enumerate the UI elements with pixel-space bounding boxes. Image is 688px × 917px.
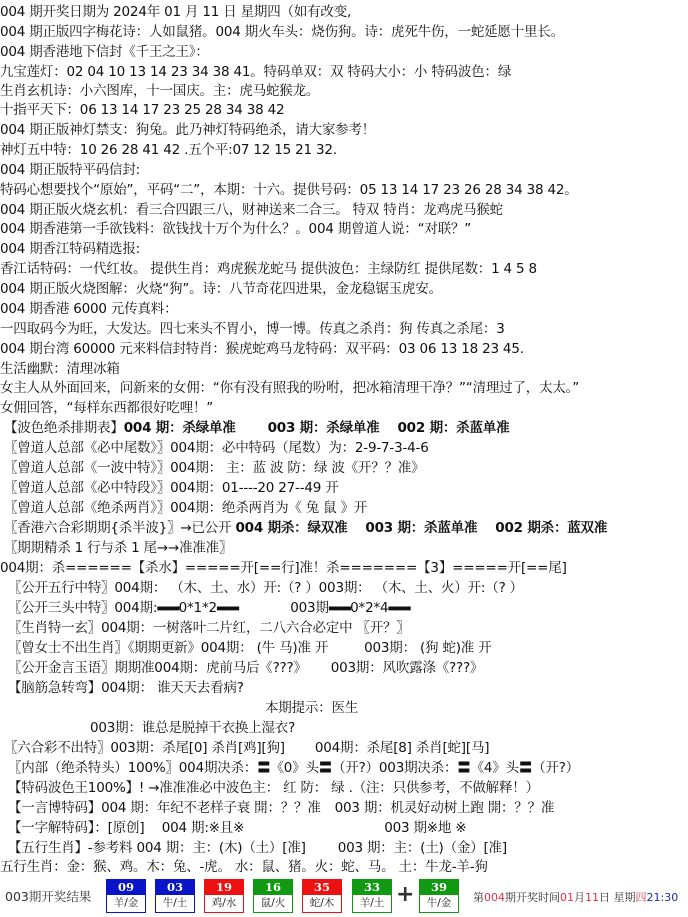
zeng-kill-line: 〖曾道人总部《绝杀两肖》〗004期：绝杀两肖为《 兔 鼠 》开: [4, 498, 367, 518]
five-zodiac-list: 五行生肖：金：猴、鸡。木：兔、-虎。 水：鼠、猪。火：蛇、马。 土：牛龙-羊-狗: [0, 857, 488, 877]
ten-fingers-line: 十指平天下：06 13 14 17 23 25 28 34 38 42: [0, 100, 284, 120]
results-label: 003期开奖结果: [5, 887, 91, 905]
next-draw-time: 第004期开奖时间01月11日 星期四21:30: [473, 889, 678, 905]
envelope-special-title: 004 期正版特平码信封:: [0, 160, 140, 180]
lamp-ban-line: 004 期正版神灯禁支：狗兔。此乃神灯特码绝杀，请大家参考！: [0, 120, 375, 140]
zeng-tail-line: 〖曾道人总部《必中尾数》〗004期：必中特码（尾数）为：2-9-7-3-4-6: [4, 438, 429, 458]
internal-kill-line: 〖内部（绝杀特头）100%〗004期决杀：〓《0》头〓（开?）003期决杀：〓《…: [8, 758, 579, 778]
one-word-line: 【一言博特码】004 期：年纪不老样子衰 開：？？准003 期：机灵好动树上跑 …: [8, 798, 554, 818]
precise-kill-title: 〖期期精杀 1 行与杀 1 尾→→准准准〗: [4, 538, 232, 558]
precise-kill-line: 004期：杀======【杀水】=====开[==行]准！杀=======【3】…: [0, 558, 567, 578]
humor-line-1: 女主人从外面回来，问新来的女佣：“你有没有照我的吩咐，把冰箱清理干净？”“清理过…: [0, 378, 579, 398]
golden-words-line: 〖公开金言玉语〗期期准004期：虎前马后《???》003期：风吹露涤《???》: [8, 658, 483, 678]
five-elements-line: 〖公开五行中特〗004期： （木、土、水）开:（? ）003期： （木、土、火）…: [8, 578, 523, 598]
humor-title: 生活幽默：清理冰箱: [0, 359, 120, 379]
fax-title: 004 期香港 6000 元传真料：: [0, 299, 177, 319]
riddle-line: 【脑筋急转弯】004期： 谁天天去看病?: [8, 678, 244, 698]
results-bar: 003期开奖结果 09 羊/金 03 牛/土 19 鸡/水 16 鼠/火 35 …: [0, 876, 688, 917]
fire-diagram-line: 004 期正版火烧图解：火烧“狗”。诗：八节奇花四进果，金龙稳锯玉虎安。: [0, 279, 442, 299]
taiwan-line: 004 期台湾 60000 元来料信封特肖：猴虎蛇鸡马龙特码：双平码：03 06…: [0, 339, 524, 359]
plum-poem-line: 004 期正版四字梅花诗：人如鼠猪。004 期火车头：烧伤狗。诗：虎死牛伤，一蛇…: [0, 22, 564, 42]
result-ball-1: 09 羊/金: [106, 879, 146, 913]
result-ball-2: 03 牛/土: [155, 879, 195, 913]
five-zodiac-line: 【五行生肖】-参考料 004 期：主：(木)（土）[准]003 期：主：(土)（…: [8, 838, 507, 858]
result-ball-6: 33 羊/土: [352, 879, 392, 913]
humor-line-2: 女佣回答，“每样东西都很好吃哩！”: [0, 398, 213, 418]
riddle-003: 003期：谁总是脱掉干衣换上湿衣?: [90, 718, 295, 738]
result-ball-4: 16 鼠/火: [253, 879, 293, 913]
result-ball-3: 19 鸡/水: [204, 879, 244, 913]
no-special-line: 〖六合彩不出特〗003期：杀尾[0] 杀肖[鸡][狗]004期：杀尾[8] 杀肖…: [4, 738, 489, 758]
zodiac-mystery-line: 〖生肖特一玄〗004期：一树落叶二片红，二八六合必定中 〖开？〗: [8, 618, 410, 638]
one-char-line: 【一字解特码】：[原创] 004 期:※且※003 期※地 ※: [8, 818, 466, 838]
zeng-segment-line: 〖曾道人总部《必中特段》〗004期：01----20 27--49 开: [4, 478, 339, 498]
xiangjiang-title: 004 期香江特码精选报:: [0, 239, 140, 259]
special-ball: 39 牛/金: [419, 879, 459, 913]
wave-king-line: 【特码波色王100%】! →准准准必中波色主： 红 防： 绿 .（注：只供参考，…: [8, 778, 539, 798]
draw-date-line: 004 期开奖日期为 2024年 01 月 11 日 星期四（如有改变,: [0, 2, 351, 22]
special-hint-line: 特码心想要找个“原始”，平码“二”，本期：十六。提供号码：05 13 14 17…: [0, 180, 578, 200]
lamp-five-line: 神灯五中特：10 26 28 41 42 .五个平:07 12 15 21 32…: [0, 140, 337, 160]
first-hand-line: 004 期香港第一手欲钱料：欲钱找十万个为什么？。004 期曾道人说：“对联？”: [0, 219, 471, 239]
riddle-hint: 本期提示：医生: [265, 698, 358, 718]
wave-kill-schedule: 【波色绝杀排期表】004 期：杀绿单准003 期：杀绿单准002 期：杀蓝单准: [4, 418, 509, 438]
xiangjiang-line: 香江话特码：一代红妆。 提供生肖：鸡虎猴龙蛇马 提供波色：主绿防红 提供尾数：1…: [0, 259, 537, 279]
result-ball-5: 35 蛇/木: [302, 879, 342, 913]
three-heads-line: 〖公开三头中特〗004期:▬▬▬0*1*2▬▬▬003期▬▬▬0*2*4▬▬▬: [8, 598, 410, 618]
plus-icon: +: [396, 882, 414, 907]
nine-lamps-line: 九宝莲灯：02 04 10 13 14 23 34 38 41。特码单双：双 特…: [0, 62, 511, 82]
ms-zeng-line: 〖曾女士不出生肖〗《期期更新》004期： (牛 马)准 开003期： (狗 蛇)…: [8, 638, 492, 658]
zodiac-poem-line: 生肖玄机诗：小六图库，十一国庆。主：虎马蛇猴龙。: [0, 81, 319, 101]
fire-mystery-line: 004 期正版火烧玄机：看三合四跟三八，财神送来二合三。 特双 特肖：龙鸡虎马猴…: [0, 200, 503, 220]
half-wave-line: 〖香港六合彩期期{杀半波}〗→已公开 004 期杀：绿双准003 期：杀蓝单准0…: [4, 518, 607, 538]
envelope-title: 004 期香港地下信封《千王之王》：: [0, 42, 209, 62]
zeng-wave-line: 〖曾道人总部《一波中特》〗004期： 主：蓝 波 防：绿 波《开？？准》: [4, 458, 424, 478]
fax-line: 一四取码今为旺，大发达。四七来头不胃小，博一博。传真之杀肖：狗 传真之杀尾：3: [0, 319, 505, 339]
